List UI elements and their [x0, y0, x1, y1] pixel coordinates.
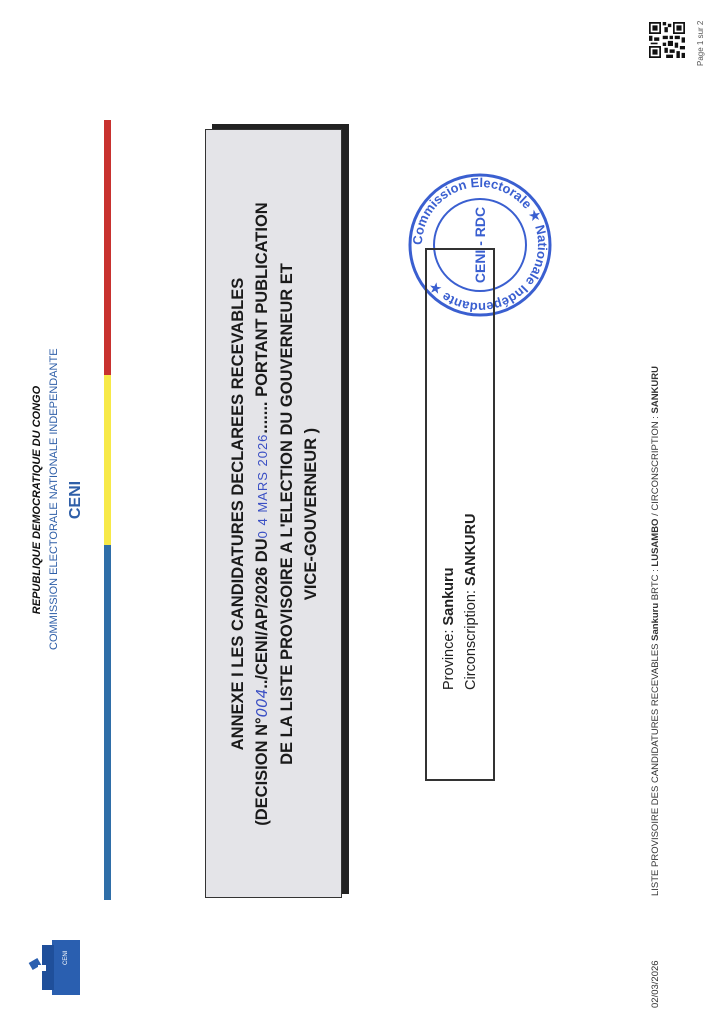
flag-bar-blue	[104, 545, 111, 900]
circonscription-value: SANKURU	[463, 514, 479, 587]
country-name: REPUBLIQUE DEMOCRATIQUE DU CONGO	[30, 350, 44, 650]
commission-name: COMMISSION ELECTORALE NATIONALE INDEPEND…	[46, 350, 62, 650]
qr-code	[649, 22, 685, 58]
location-text: Province: Sankuru Circonscription: SANKU…	[438, 350, 482, 690]
acronym: CENI	[66, 350, 86, 650]
title-line-2: (DECISION N°004../CENI/AP/2026 DU0 4 MAR…	[250, 138, 275, 890]
decision-number: 004	[253, 689, 271, 718]
letterhead: REPUBLIQUE DEMOCRATIQUE DU CONGO COMMISS…	[30, 350, 86, 650]
title-line-1: ANNEXE I LES CANDIDATURES DECLAREES RECE…	[226, 138, 250, 890]
title-line-4: VICE-GOUVERNEUR )	[299, 138, 323, 890]
ceni-ballot-box-logo: CENI	[12, 925, 92, 1005]
province-line: Province: Sankuru	[438, 350, 460, 690]
title-line-3: DE LA LISTE PROVISOIRE A L'ELECTION DU G…	[275, 138, 299, 890]
flag-bar-red	[104, 120, 111, 375]
flag-bar-yellow	[104, 375, 111, 545]
title-text: ANNEXE I LES CANDIDATURES DECLAREES RECE…	[226, 138, 323, 890]
circonscription-line: Circonscription: SANKURU	[460, 350, 482, 690]
page-number: Page 1 sur 2	[696, 21, 705, 66]
footer-description: LISTE PROVISOIRE DES CANDIDATURES RECEVA…	[650, 366, 661, 896]
svg-text:CENI: CENI	[63, 950, 69, 965]
date-stamp: 0 4 MARS 2026	[255, 434, 270, 539]
province-value: Sankuru	[441, 568, 457, 626]
footer-date: 02/03/2026	[650, 960, 661, 1008]
